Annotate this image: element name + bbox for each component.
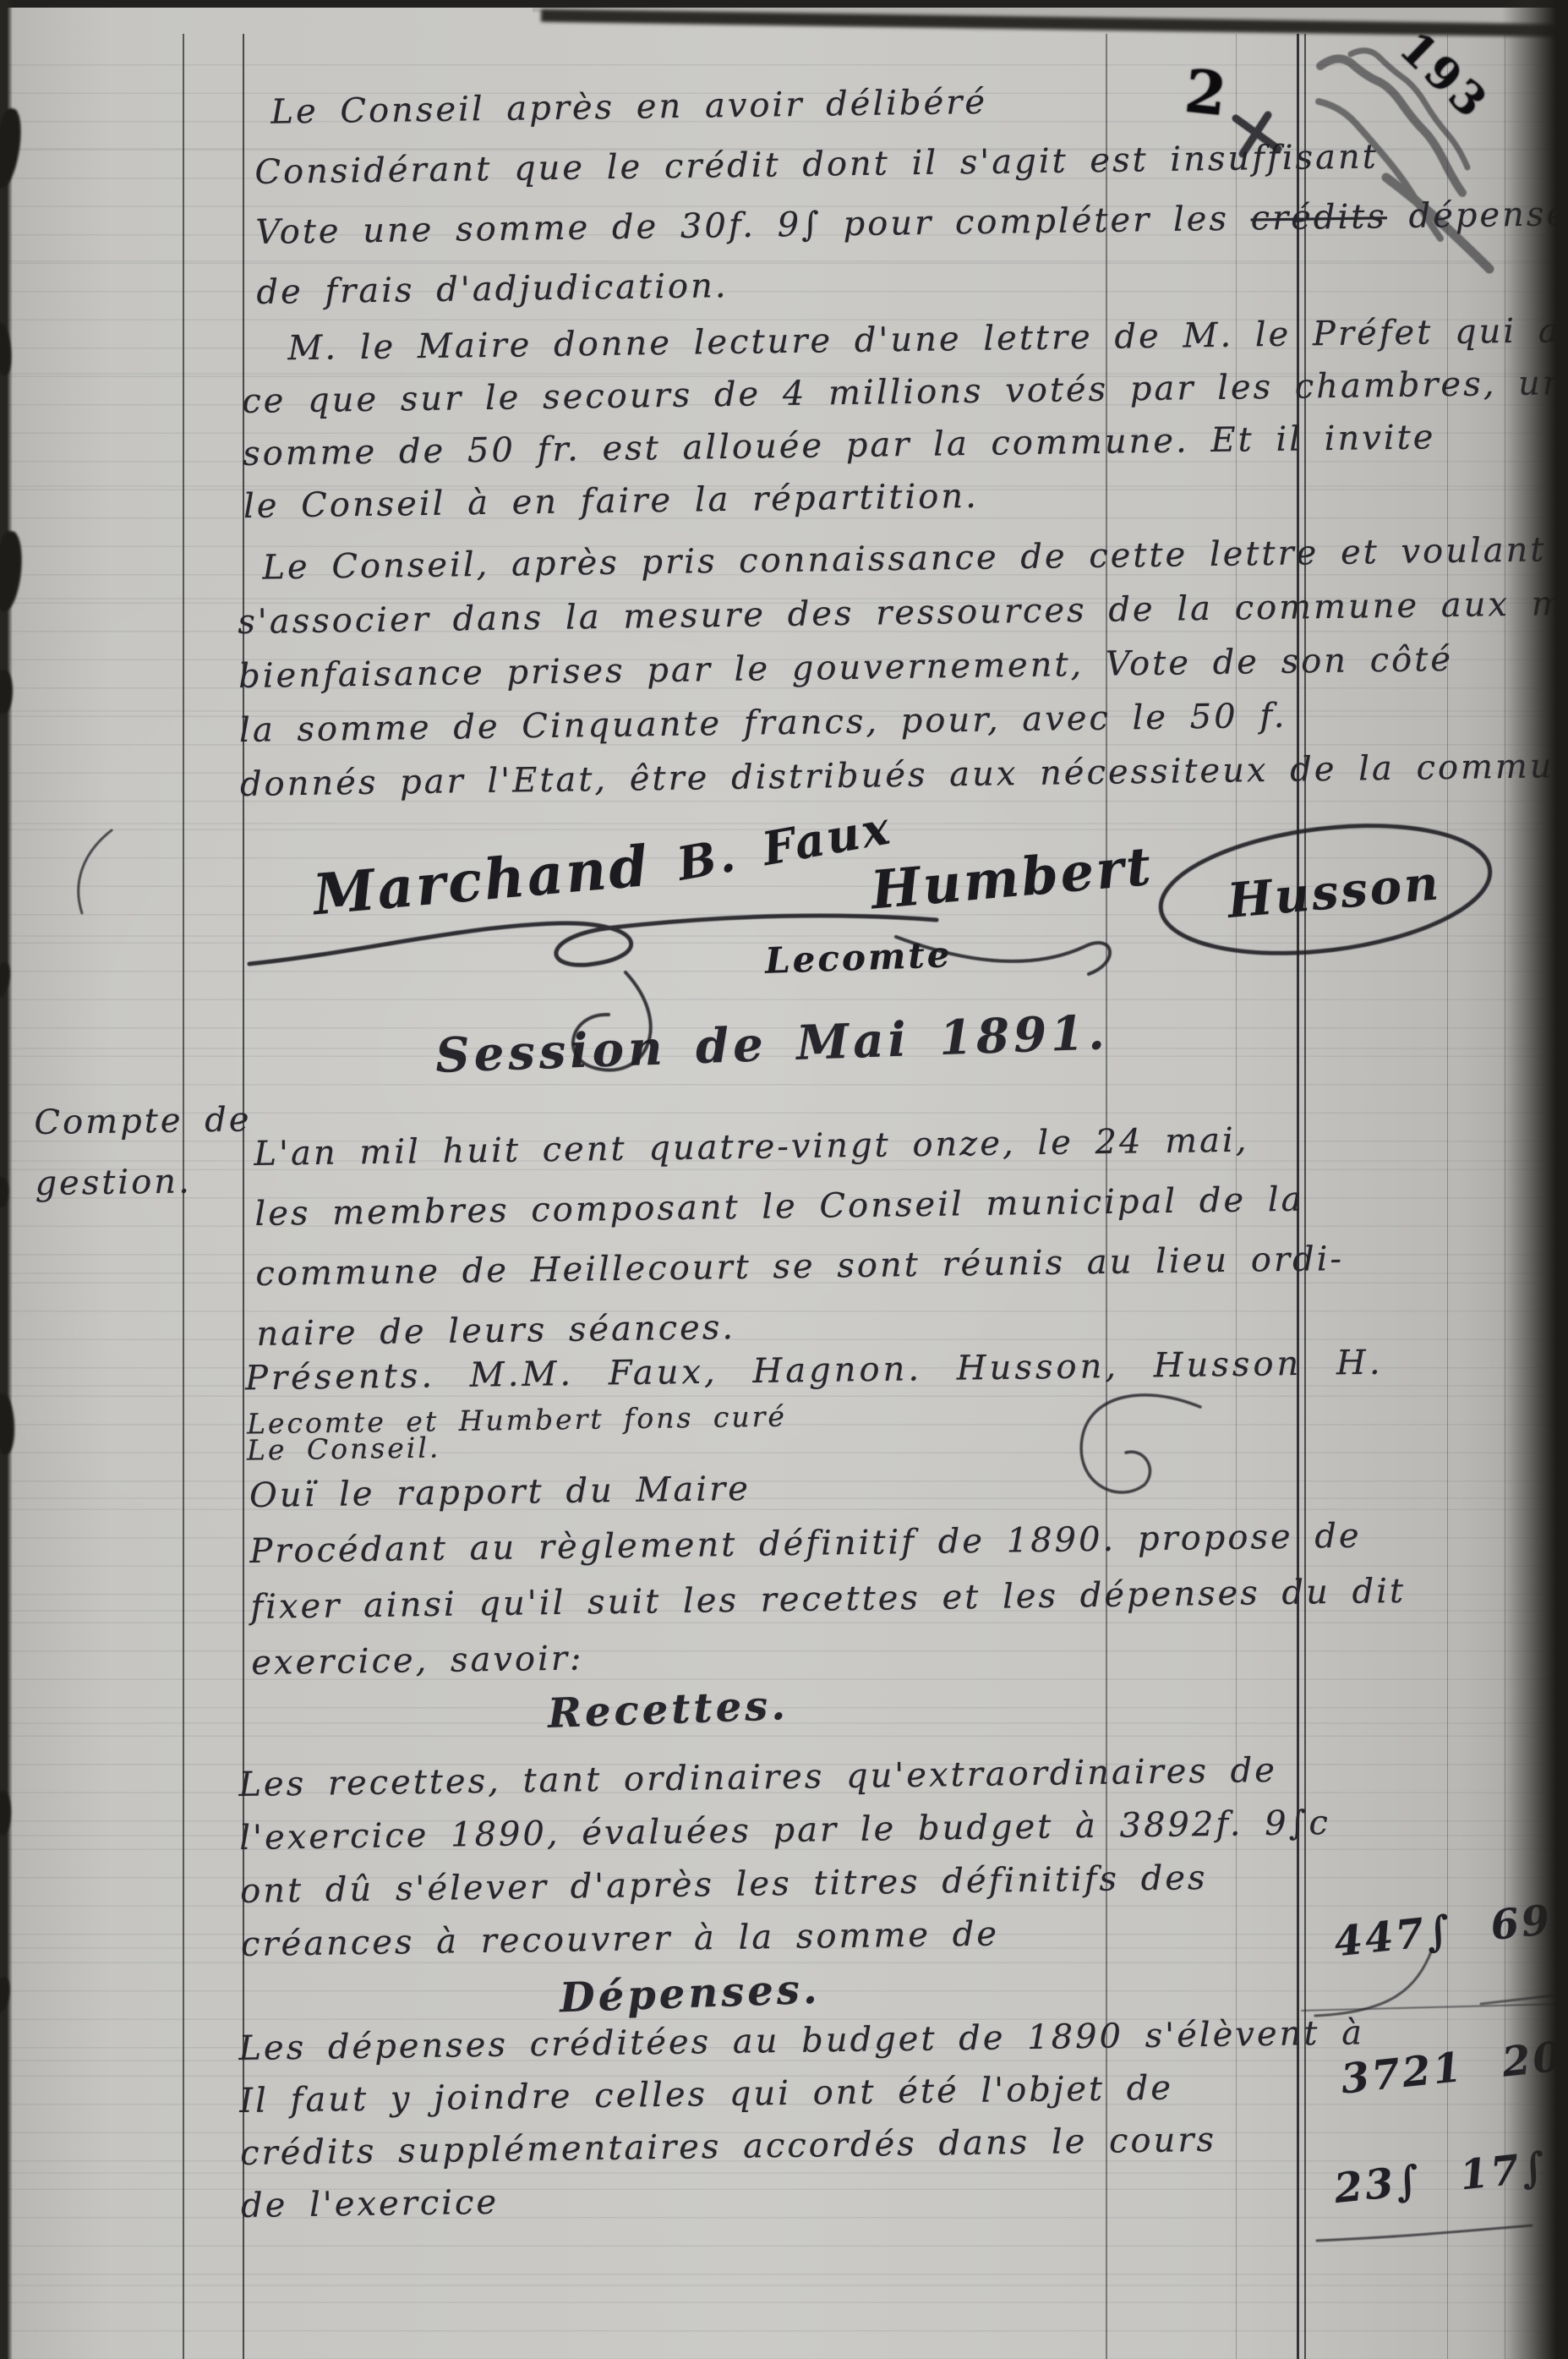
recettes-heading: Recettes. — [547, 1682, 789, 1738]
depenses-heading: Dépenses. — [559, 1966, 821, 2022]
signature-lecomte: Lecomte — [764, 933, 953, 982]
amount-francs: 23∫ — [1332, 2157, 1424, 2214]
rapport-line: Ouï le rapport du Maire — [249, 1470, 751, 1515]
paragraph-depenses: Les dépenses créditées au budget de 1890… — [238, 2006, 1367, 2232]
register-page-scan: 193 2 Le Conseil après en avoir délibéré… — [0, 0, 1568, 2359]
paragraph-recettes: Les recettes, tant ordinaires qu'extraor… — [238, 1743, 1332, 1972]
margin-note-line: Compte de — [34, 1089, 252, 1153]
folio-number-stamp: 2 — [1182, 56, 1230, 130]
paragraph-deliberation-1: Le Conseil après en avoir délibéré Consi… — [254, 64, 1568, 323]
paragraph-vote-cinquante-francs: Le Conseil, après pris connaissance de c… — [237, 520, 1568, 812]
margin-note-compte-de-gestion: Compte de gestion. — [34, 1089, 253, 1214]
paragraph-prefet-letter: M. le Maire donne lecture d'une lettre d… — [241, 303, 1568, 533]
presents-line-3: Le Conseil. — [247, 1431, 441, 1466]
struck-word: crédits — [1250, 197, 1387, 238]
paragraph-reglement-definitif: Procédant au règlement définitif de 1890… — [249, 1508, 1407, 1691]
paragraph-session-opening: L'an mil huit cent quatre-vingt onze, le… — [254, 1109, 1345, 1365]
margin-note-line: gestion. — [35, 1150, 253, 1214]
right-gutter-shadow — [1502, 0, 1568, 2359]
top-edge-shadow — [0, 0, 1568, 8]
text-segment: Vote une somme de 30f. 9∫ pour compléter… — [255, 200, 1229, 252]
